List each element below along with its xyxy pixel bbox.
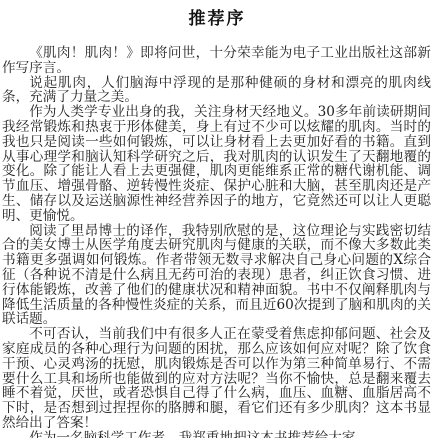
paragraph: 作为人类学专业出身的我，关注身材天经地义。30多年前读研期间我经常锻炼和热衷于形… xyxy=(2,105,431,223)
preface-page: 推荐序 《肌肉！肌肉！》即将问世，十分荣幸能为电子工业出版社这部新作写序言。说起… xyxy=(0,0,434,438)
paragraph: 不可否认，当前我们中有很多人正在蒙受着焦虑抑郁问题、社会及家庭成员的各种心理行为… xyxy=(2,327,431,431)
paragraph: 说起肌肉，人们脑海中浮现的是那种健硕的身材和漂亮的肌肉线条，充满了力量之美。 xyxy=(2,76,431,106)
paragraph: 作为一名脑科学工作者，我郑重地把这本书推荐给大家。 xyxy=(2,431,431,438)
paragraph: 阅读了里昂博士的译作，我特别欣慰的是，这位理论与实践密切结合的美女博士从医学角度… xyxy=(2,224,431,328)
page-title: 推荐序 xyxy=(0,0,434,30)
paragraph: 《肌肉！肌肉！》即将问世，十分荣幸能为电子工业出版社这部新作写序言。 xyxy=(2,46,431,76)
preface-body: 《肌肉！肌肉！》即将问世，十分荣幸能为电子工业出版社这部新作写序言。说起肌肉，人… xyxy=(0,46,434,438)
